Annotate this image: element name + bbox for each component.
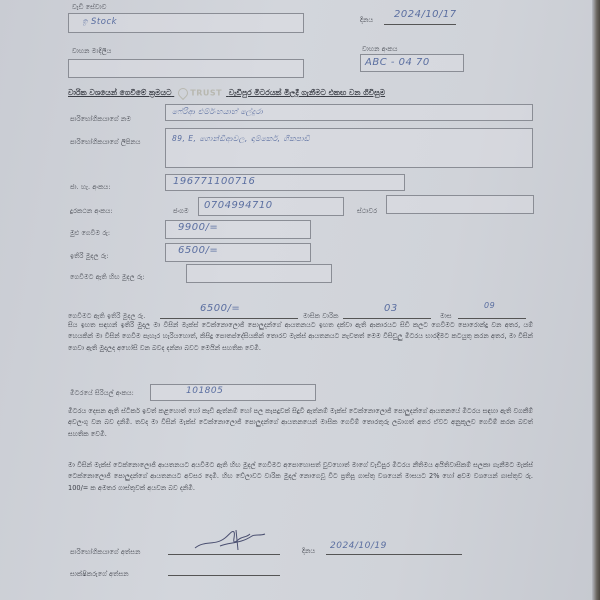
home-phone-label: ස්ථාවර <box>357 207 377 216</box>
date-line <box>384 24 456 25</box>
installments-line <box>343 318 431 319</box>
down-payment-value: 6500/= <box>178 245 218 256</box>
home-phone-field[interactable] <box>386 195 534 214</box>
title-prefix: වාරික වශයෙන් ගෙවීමේ ක්‍රමයට <box>68 88 172 97</box>
nic-label: ජා. හැ. අංකය: <box>70 183 111 192</box>
nic-value: 196771100716 <box>173 176 255 187</box>
balance-due-field[interactable] <box>186 264 332 283</box>
meter-serial-value: 101805 <box>186 386 223 396</box>
signature-scribble <box>190 528 275 552</box>
signature-date-value: 2024/10/19 <box>330 541 387 551</box>
meter-serial-field[interactable] <box>150 384 316 401</box>
witness-signature-label: සාක්ෂිකරුගේ අත්සන <box>70 570 129 579</box>
terms-paragraph-2: මිටරය දෙසන ඇති ස්ටිකර් ඉවත් කළහොත් හෝ කැ… <box>68 406 533 440</box>
vehicle-model-field[interactable] <box>68 59 304 78</box>
witness-signature-line[interactable] <box>168 575 280 576</box>
remaining-balance-line <box>160 318 298 319</box>
signature-date-label: දිනය <box>302 547 315 556</box>
page-edge-shadow <box>592 0 600 600</box>
customer-signature-line[interactable] <box>168 554 280 555</box>
vehicle-number-label: වාහන අංකය <box>362 45 398 54</box>
remaining-balance-value: 6500/= <box>200 303 240 314</box>
phone-label: දුරකථන අංකය: <box>70 207 113 216</box>
terms-paragraph-1: සිය ඉහත සඳහන් ඉතිරි මුදල මා විසින් මැක්ස… <box>68 320 533 354</box>
total-price-value: 9900/= <box>178 222 218 233</box>
months-line <box>458 318 526 319</box>
title-suffix: වැඩිපුර මිටරයක් මිලදී ගැනීමට එකඟ වන ගිවි… <box>229 88 385 97</box>
customer-signature-label: පාරිභෝගිකයාගේ අත්සන <box>70 548 140 557</box>
signature-date-line <box>326 554 462 555</box>
trust-logo: TRUST <box>178 88 222 98</box>
agreement-title: වාරික වශයෙන් ගෙවීමේ ක්‍රමයට TRUST වැඩිපු… <box>68 88 385 98</box>
brand-name: TRUST <box>190 89 222 98</box>
vehicle-model-label: වාහන මාදිලිය <box>72 47 111 56</box>
mobile-value: 0704994710 <box>204 200 273 211</box>
terms-paragraph-3: මා විසින් මැක්ස් ටෙක්නොලොජි ආයතනයට අයවීම… <box>68 460 533 494</box>
location-pin-icon <box>176 86 190 100</box>
vehicle-number-value: ABC - 04 70 <box>365 57 430 68</box>
balance-due-label: ගෙවීමට ඇති හිඟ මුදල රු: <box>70 273 145 282</box>
customer-address-label: පාරිභෝගිකයාගේ ලිපිනය <box>70 138 141 147</box>
mobile-label: ජංගම <box>173 207 189 216</box>
down-payment-label: ඉතිරි මුදල රු: <box>70 252 109 261</box>
date-value: 2024/10/17 <box>394 9 457 20</box>
months-value: 09 <box>484 301 495 310</box>
customer-name-value: ෆේරිආ එම්ර්ංහයාහ් ලේදුරා <box>172 107 263 117</box>
date-label: දිනය <box>360 16 373 25</box>
total-price-label: මුළු ගෙවීම රු: <box>70 229 110 238</box>
vehicle-owner-label: වැඩි සේවාව <box>72 3 107 12</box>
vehicle-owner-value: ඉ Stock <box>82 17 117 27</box>
installments-value: 03 <box>384 303 398 314</box>
customer-name-label: පාරිභෝගිකයාගේ නම <box>70 115 131 124</box>
customer-address-value: 89, E, ගොන්ඩීආවල, ඳාම්කෙර්, ගිකපාඩි <box>172 134 310 144</box>
meter-serial-label: මිටරයේ සිරියල් අංකය: <box>70 389 134 398</box>
